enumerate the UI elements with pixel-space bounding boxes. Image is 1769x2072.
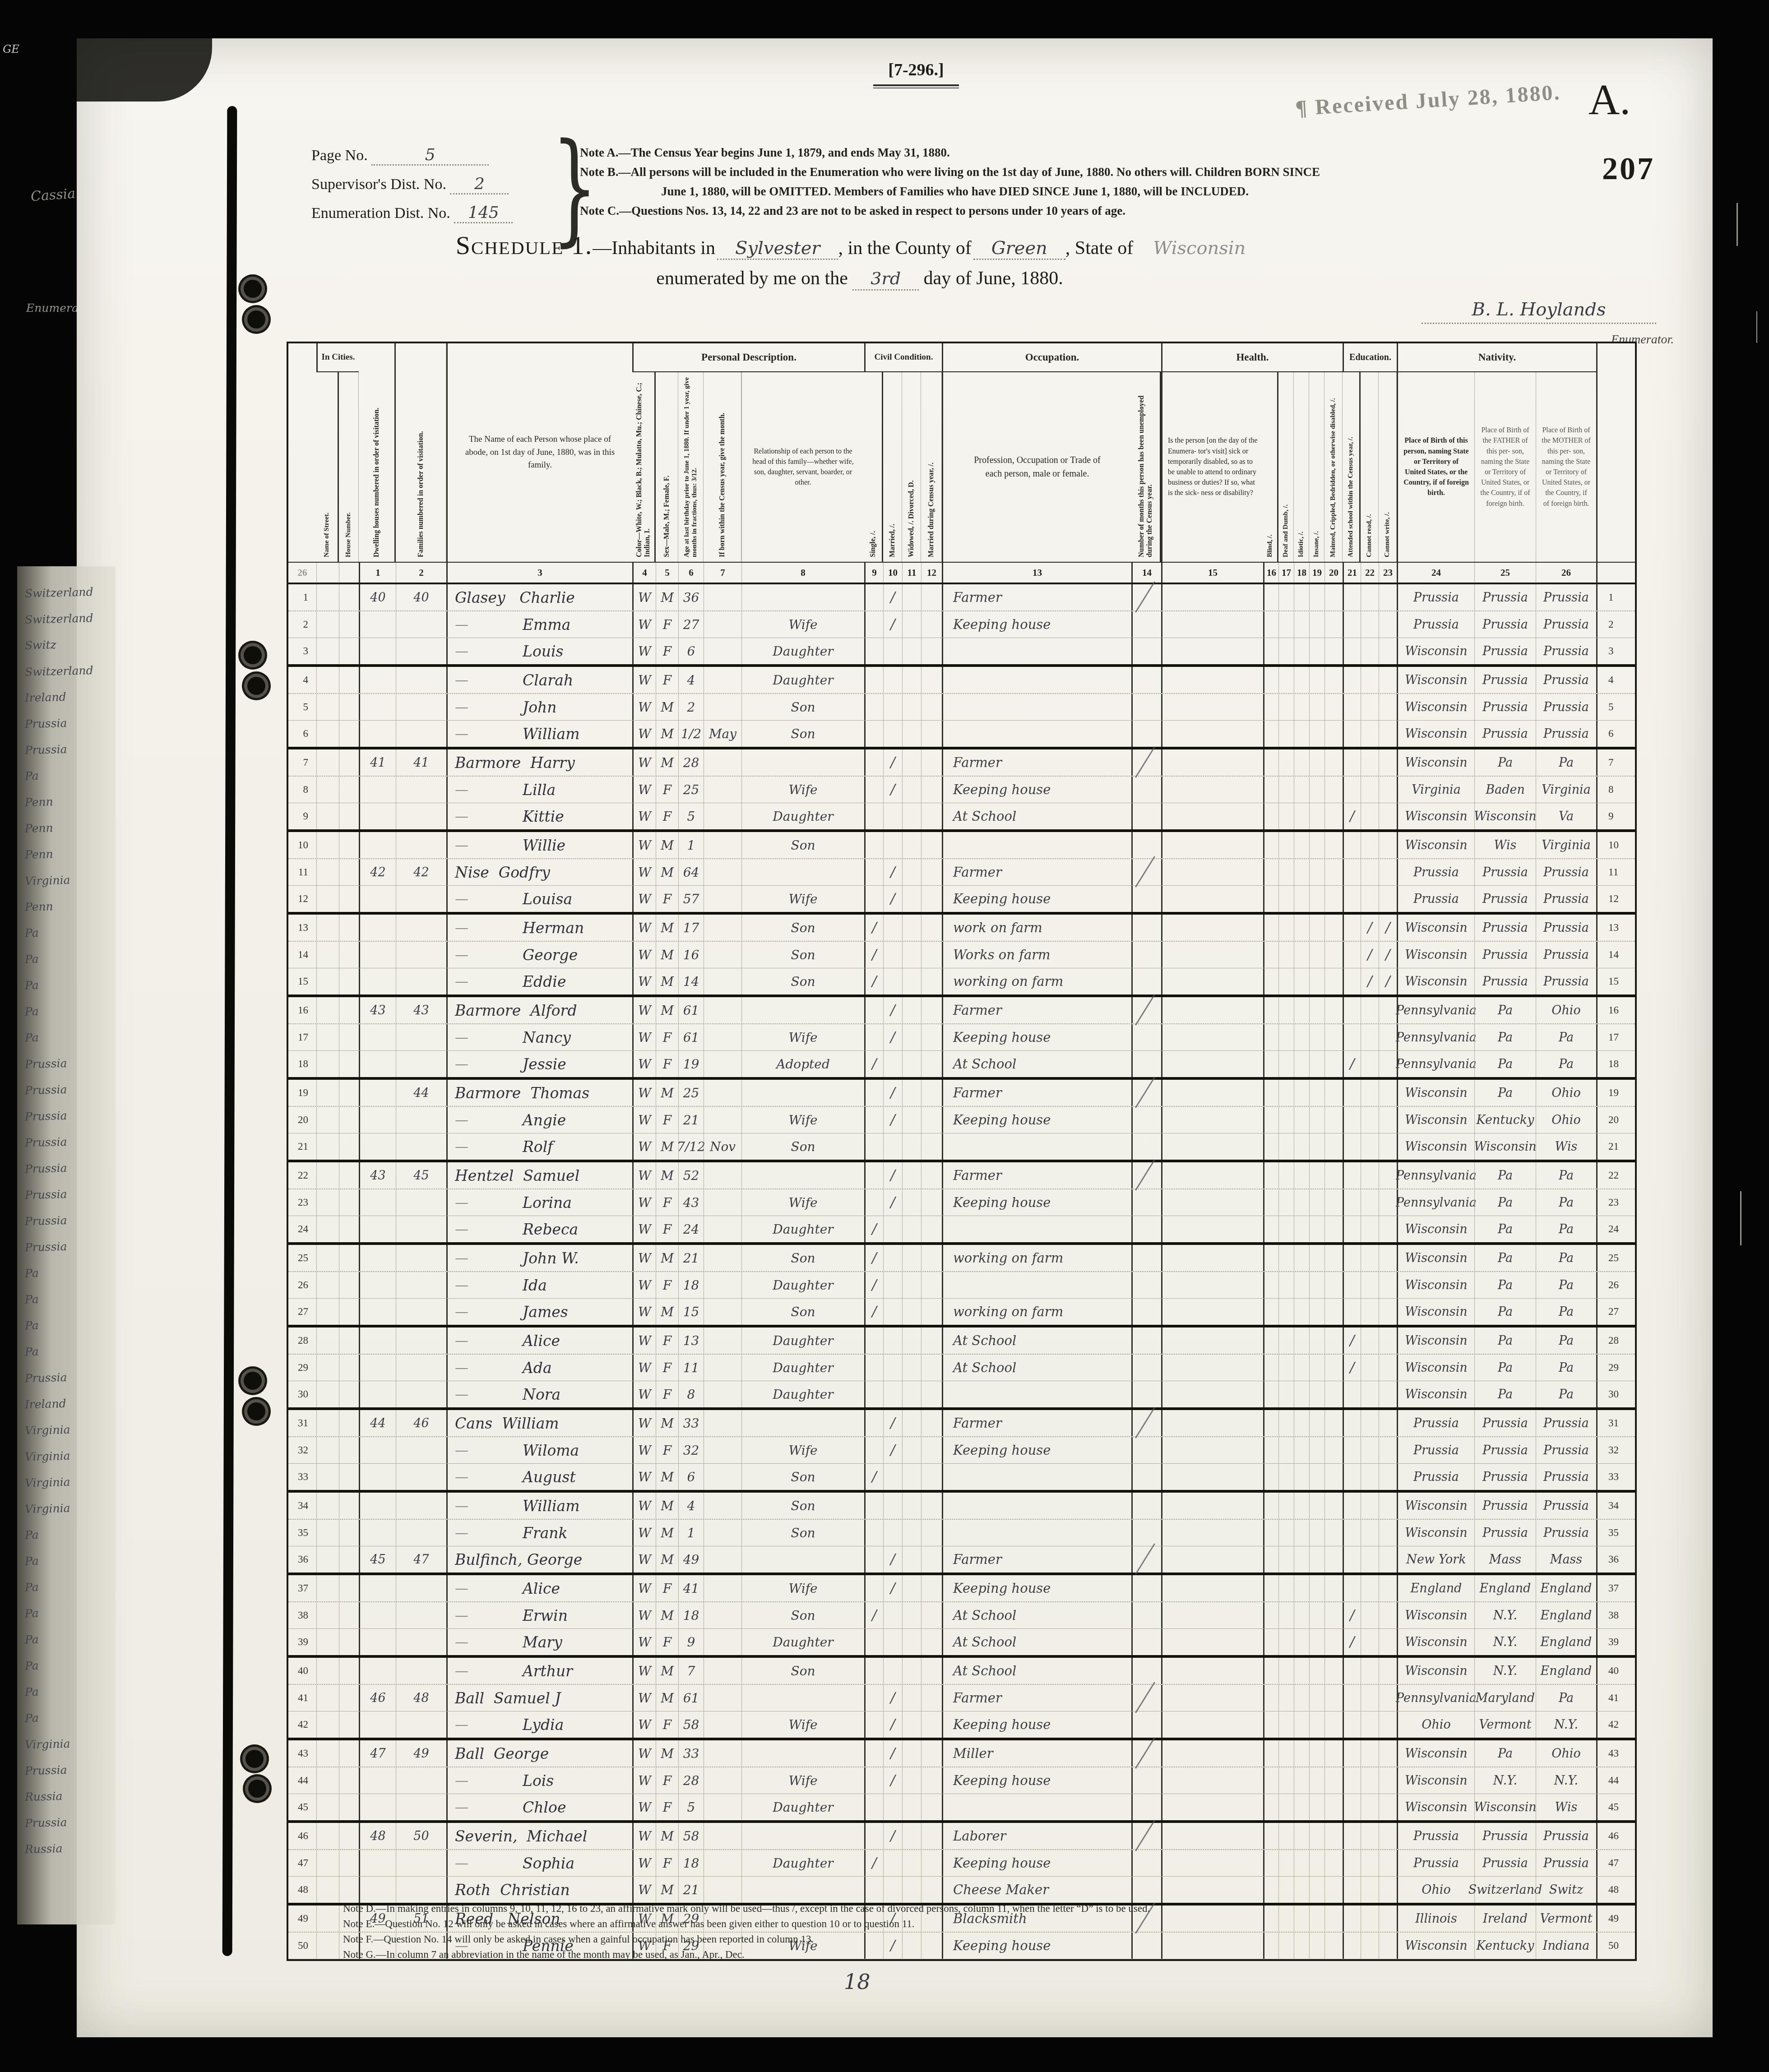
unemployed-slash	[1135, 856, 1155, 887]
cell-sick	[1161, 1162, 1263, 1189]
cell-m12	[921, 1437, 942, 1463]
cell-d: 45	[359, 1546, 396, 1572]
cell-un	[1131, 1629, 1161, 1655]
cell-b18	[1294, 1546, 1309, 1572]
cell-mo	[704, 1685, 741, 1711]
cell-bp: Wisconsin	[1397, 694, 1474, 720]
cell-sick	[1161, 942, 1263, 968]
cell-b16	[1263, 1767, 1278, 1794]
cell-rl: Son	[741, 968, 864, 994]
cell-c: W	[632, 1216, 656, 1242]
cell-b16	[1263, 1823, 1278, 1849]
cell-d	[359, 1080, 396, 1106]
cell-m11	[902, 638, 921, 664]
cell-b19	[1309, 1162, 1324, 1189]
margin-note: Ireland	[25, 1397, 66, 1411]
cell-b16	[1263, 1189, 1278, 1216]
cell-m9	[864, 1493, 883, 1519]
ditto-mark: —	[455, 1221, 523, 1237]
cell-c: W	[632, 1493, 656, 1519]
cell-bm: Pa	[1536, 1216, 1596, 1242]
cell-lnl: 24	[288, 1216, 316, 1242]
cell-r22	[1361, 721, 1379, 747]
cell-b20	[1324, 1245, 1343, 1271]
cell-a: 21	[678, 1245, 704, 1271]
cell-c: W	[632, 1767, 656, 1794]
cell-un	[1131, 886, 1161, 912]
cell-m10	[883, 942, 902, 968]
cell-street	[316, 1933, 339, 1959]
cell-b18	[1294, 1850, 1309, 1876]
cell-sick	[1161, 694, 1263, 720]
cell-d: 41	[359, 749, 396, 776]
cell-b16	[1263, 832, 1278, 858]
cell-b19	[1309, 694, 1324, 720]
cell-m12	[921, 1794, 942, 1820]
cell-r22	[1361, 1850, 1379, 1876]
cell-b17	[1278, 1327, 1294, 1354]
cell-b18	[1294, 859, 1309, 885]
cell-m9	[864, 584, 883, 610]
cell-m11	[902, 859, 921, 885]
cell-s21	[1343, 667, 1361, 693]
cell-b19	[1309, 915, 1324, 941]
cell-b17	[1278, 832, 1294, 858]
cell-nm: —Louisa	[446, 886, 632, 912]
margin-note: Russia	[25, 1842, 63, 1856]
cell-b20	[1324, 1299, 1343, 1325]
col-header-single: Single, /.	[864, 372, 883, 562]
cell-s21	[1343, 859, 1361, 885]
table-row: 25—John W.WM21Son/working on farmWiscons…	[288, 1245, 1635, 1272]
cell-bp: Wisconsin	[1397, 968, 1474, 994]
cell-s: M	[656, 1133, 678, 1160]
cell-s21	[1343, 1658, 1361, 1684]
cell-m9	[864, 638, 883, 664]
col-number	[316, 563, 339, 583]
cell-house	[339, 1546, 359, 1572]
cell-street	[316, 1437, 339, 1463]
unemployed-slash	[1135, 1820, 1155, 1851]
cell-m10	[883, 1493, 902, 1519]
margin-note: Penn	[25, 795, 53, 809]
cell-b16	[1263, 1658, 1278, 1684]
cell-mo	[704, 1850, 741, 1876]
cell-lnr: 48	[1596, 1877, 1635, 1903]
cell-b18	[1294, 915, 1309, 941]
cell-street	[316, 1823, 339, 1849]
margin-note: Pa	[25, 1607, 39, 1620]
cell-f	[396, 915, 446, 941]
table-row: 464850Severin, MichaelWM58/LaborerPrussi…	[288, 1823, 1635, 1850]
cell-m9: /	[864, 1602, 883, 1628]
cell-m9	[864, 721, 883, 747]
cell-lnr: 40	[1596, 1658, 1635, 1684]
col-header-sex: Sex—Male, M.; Female, F.	[656, 372, 678, 562]
group-in-cities: In Cities.	[316, 343, 359, 372]
cell-r22	[1361, 1794, 1379, 1820]
col-header-cannot-write: Cannot write, /.	[1379, 372, 1397, 562]
cell-r22	[1361, 1823, 1379, 1849]
cell-b20	[1324, 1740, 1343, 1767]
cell-b20	[1324, 1189, 1343, 1216]
cell-house	[339, 1410, 359, 1436]
cell-street	[316, 1658, 339, 1684]
col-number: 17	[1278, 563, 1294, 583]
cell-m12	[921, 859, 942, 885]
table-row: 32—WilomaWF32Wife/Keeping housePrussiaPr…	[288, 1437, 1635, 1464]
cell-b18	[1294, 1189, 1309, 1216]
cell-occ: Keeping house	[942, 1024, 1131, 1050]
cell-street	[316, 1245, 339, 1271]
cell-b16	[1263, 721, 1278, 747]
footer-notes: Note D.—In making entries in columns 9, …	[343, 1901, 1634, 1962]
margin-note: Prussia	[25, 1109, 67, 1123]
cell-rl: Wife	[741, 611, 864, 638]
census-sheet: [7-296.] A. ¶ Received July 28, 1880. 20…	[77, 38, 1713, 2037]
table-row: 21—RolfWM7/12NovSonWisconsinWisconsinWis…	[288, 1133, 1635, 1162]
cell-b19	[1309, 1711, 1324, 1738]
cell-lnr: 25	[1596, 1245, 1635, 1271]
cell-b19	[1309, 1245, 1324, 1271]
cell-rl: Son	[741, 1520, 864, 1546]
cell-bf: Prussia	[1474, 1823, 1536, 1849]
cell-un	[1131, 1107, 1161, 1133]
cell-house	[339, 638, 359, 664]
cell-bm: England	[1536, 1658, 1596, 1684]
cell-house	[339, 1272, 359, 1298]
cell-b16	[1263, 638, 1278, 664]
cell-a: 33	[678, 1740, 704, 1767]
cell-street	[316, 1133, 339, 1160]
cell-b17	[1278, 694, 1294, 720]
cell-mo	[704, 1272, 741, 1298]
cell-a: 17	[678, 915, 704, 941]
given-name: Mary	[523, 1633, 562, 1651]
cell-r22	[1361, 1767, 1379, 1794]
enumerated-line: enumerated by me on the 3rd day of June,…	[108, 268, 1611, 291]
cell-bf: Prussia	[1474, 667, 1536, 693]
cell-r22: /	[1361, 968, 1379, 994]
cell-street	[316, 721, 339, 747]
right-line-number-col-header	[1596, 343, 1635, 562]
cell-f: 48	[396, 1685, 446, 1711]
cell-f	[396, 832, 446, 858]
cell-b19	[1309, 1381, 1324, 1407]
cell-bp: Prussia	[1397, 1464, 1474, 1490]
cell-d	[359, 777, 396, 803]
cell-m10: /	[883, 1080, 902, 1106]
cell-lnl: 27	[288, 1299, 316, 1325]
cell-bf: England	[1474, 1575, 1536, 1601]
cell-bp: Prussia	[1397, 1850, 1474, 1876]
cell-a: 27	[678, 611, 704, 638]
cell-b16	[1263, 1162, 1278, 1189]
cell-s21	[1343, 1546, 1361, 1572]
cell-f: 40	[396, 584, 446, 610]
cell-b16	[1263, 1410, 1278, 1436]
col-number: 5	[656, 563, 678, 583]
cell-b18	[1294, 1080, 1309, 1106]
table-row: 17—NancyWF61Wife/Keeping housePennsylvan…	[288, 1024, 1635, 1051]
cell-w23	[1379, 1381, 1397, 1407]
cell-c: W	[632, 1162, 656, 1189]
cell-m11	[902, 1740, 921, 1767]
cell-sick	[1161, 1216, 1263, 1242]
col-header-deaf-dumb: Deaf and Dumb, /.	[1278, 372, 1294, 562]
cell-m9	[864, 1437, 883, 1463]
cell-b20	[1324, 1437, 1343, 1463]
cell-bp: Wisconsin	[1397, 638, 1474, 664]
cell-w23	[1379, 859, 1397, 885]
margin-note: Pa	[25, 1659, 39, 1673]
cell-mo	[704, 1602, 741, 1628]
cell-bp: Wisconsin	[1397, 1629, 1474, 1655]
cell-rl: Daughter	[741, 1381, 864, 1407]
cell-c: W	[632, 1245, 656, 1271]
cell-bp: Wisconsin	[1397, 803, 1474, 829]
cell-f	[396, 1133, 446, 1160]
cell-street	[316, 1299, 339, 1325]
cell-bf: Prussia	[1474, 942, 1536, 968]
cell-f: 50	[396, 1823, 446, 1849]
cell-m11	[902, 832, 921, 858]
cell-mo	[704, 1327, 741, 1354]
cell-m12	[921, 1877, 942, 1903]
given-name: Willie	[523, 837, 565, 854]
cell-s21	[1343, 1080, 1361, 1106]
cell-r22	[1361, 1877, 1379, 1903]
table-row: 26—IdaWF18Daughter/WisconsinPaPa26	[288, 1272, 1635, 1299]
cell-street	[316, 667, 339, 693]
cell-f: 44	[396, 1080, 446, 1106]
cell-street	[316, 1216, 339, 1242]
cell-c: W	[632, 1381, 656, 1407]
cell-lnr: 26	[1596, 1272, 1635, 1298]
table-row: 45—ChloeWF5DaughterWisconsinWisconsinWis…	[288, 1794, 1635, 1823]
table-row: 9—KittieWF5DaughterAt School/WisconsinWi…	[288, 803, 1635, 832]
cell-d	[359, 803, 396, 829]
cell-b17	[1278, 1767, 1294, 1794]
ditto-mark: —	[455, 1799, 523, 1815]
cell-rl: Son	[741, 1493, 864, 1519]
ditto-mark: —	[455, 1112, 523, 1128]
cell-s21	[1343, 915, 1361, 941]
cell-bm: Prussia	[1536, 611, 1596, 638]
cell-s: F	[656, 777, 678, 803]
cell-b19	[1309, 859, 1324, 885]
cell-b16	[1263, 1877, 1278, 1903]
margin-note: Pa	[25, 1528, 39, 1542]
cell-sick	[1161, 1133, 1263, 1160]
cell-b17	[1278, 1520, 1294, 1546]
cell-b18	[1294, 1272, 1309, 1298]
cell-c: W	[632, 1575, 656, 1601]
table-row: 1944Barmore ThomasWM25/FarmerWisconsinPa…	[288, 1080, 1635, 1107]
cell-mo	[704, 1464, 741, 1490]
cell-sick	[1161, 1629, 1263, 1655]
cell-sick	[1161, 1850, 1263, 1876]
cell-bm: Pa	[1536, 1245, 1596, 1271]
cell-b16	[1263, 1546, 1278, 1572]
cell-lnl: 34	[288, 1493, 316, 1519]
cell-m9	[864, 1685, 883, 1711]
cell-b17	[1278, 1823, 1294, 1849]
cell-bf: Pa	[1474, 1080, 1536, 1106]
cell-f: 47	[396, 1546, 446, 1572]
cell-d	[359, 1629, 396, 1655]
table-row: 164343Barmore AlfordWM61/FarmerPennsylva…	[288, 997, 1635, 1024]
cell-bf: Prussia	[1474, 638, 1536, 664]
cell-bf: Pa	[1474, 1245, 1536, 1271]
margin-note: Virginia	[25, 1502, 70, 1516]
cell-bp: Virginia	[1397, 777, 1474, 803]
cell-b19	[1309, 1685, 1324, 1711]
cell-bp: Ohio	[1397, 1877, 1474, 1903]
cell-lnr: 44	[1596, 1767, 1635, 1794]
table-row: 224345Hentzel SamuelWM52/FarmerPennsylva…	[288, 1162, 1635, 1189]
cell-c: W	[632, 859, 656, 885]
cell-f	[396, 777, 446, 803]
cell-rl	[741, 1877, 864, 1903]
col-header-widowed: Widowed, /. Divorced, D.	[902, 372, 921, 562]
cell-c: W	[632, 832, 656, 858]
cell-s: M	[656, 1493, 678, 1519]
cell-house	[339, 968, 359, 994]
cell-rl	[741, 859, 864, 885]
group-occupation: Occupation.	[942, 343, 1161, 372]
cell-lnr: 31	[1596, 1410, 1635, 1436]
cell-w23	[1379, 1823, 1397, 1849]
cell-b19	[1309, 968, 1324, 994]
col-header-street: Name of Street.	[316, 372, 339, 562]
cell-mo	[704, 1575, 741, 1601]
cell-m11	[902, 1245, 921, 1271]
cell-d: 48	[359, 1823, 396, 1849]
given-name: Frank	[523, 1524, 568, 1542]
cell-sick	[1161, 1189, 1263, 1216]
cell-bp: Pennsylvania	[1397, 997, 1474, 1023]
cell-b16	[1263, 1216, 1278, 1242]
cell-occ: Farmer	[942, 859, 1131, 885]
cell-a: 49	[678, 1546, 704, 1572]
cell-lnr: 27	[1596, 1299, 1635, 1325]
cell-m11	[902, 1355, 921, 1381]
col-header-name: The Name of each Person whose place of a…	[446, 343, 632, 562]
ditto-mark: —	[455, 1469, 523, 1485]
cell-m9	[864, 1107, 883, 1133]
cell-b16	[1263, 1850, 1278, 1876]
cell-bm: Pa	[1536, 1051, 1596, 1077]
cell-r22	[1361, 1162, 1379, 1189]
cell-occ: Farmer	[942, 1685, 1131, 1711]
cell-bf: N.Y.	[1474, 1629, 1536, 1655]
cell-nm: —William	[446, 1493, 632, 1519]
margin-ghost-writing: Cassia	[30, 186, 76, 205]
cell-d	[359, 915, 396, 941]
cell-s: F	[656, 1629, 678, 1655]
cell-b19	[1309, 1216, 1324, 1242]
cell-bm: Wis	[1536, 1133, 1596, 1160]
cell-nm: —Ada	[446, 1355, 632, 1381]
cell-house	[339, 1327, 359, 1354]
cell-r22	[1361, 1272, 1379, 1298]
cell-lnr: 43	[1596, 1740, 1635, 1767]
cell-un	[1131, 997, 1161, 1023]
cell-d	[359, 1189, 396, 1216]
col-header-occupation: Profession, Occupation or Trade of each …	[942, 372, 1131, 562]
cell-m11	[902, 942, 921, 968]
cell-house	[339, 1740, 359, 1767]
cell-c: W	[632, 1051, 656, 1077]
cell-m11	[902, 1794, 921, 1820]
ditto-mark: —	[455, 1056, 523, 1072]
margin-note: Prussia	[25, 717, 67, 731]
cell-bf: Pa	[1474, 749, 1536, 776]
cell-m11	[902, 1162, 921, 1189]
cell-b17	[1278, 942, 1294, 968]
cell-d	[359, 1245, 396, 1271]
cell-d	[359, 1493, 396, 1519]
cell-a: 1	[678, 1520, 704, 1546]
cell-b16	[1263, 1272, 1278, 1298]
cell-lnr: 19	[1596, 1080, 1635, 1106]
margin-note: Prussia	[25, 1083, 67, 1097]
cell-b20	[1324, 1493, 1343, 1519]
cell-f: 45	[396, 1162, 446, 1189]
cell-b19	[1309, 942, 1324, 968]
cell-c: W	[632, 638, 656, 664]
cell-r22	[1361, 859, 1379, 885]
cell-s: F	[656, 1216, 678, 1242]
cell-nm: Severin, Michael	[446, 1823, 632, 1849]
cell-street	[316, 1355, 339, 1381]
cell-m11	[902, 1575, 921, 1601]
cell-street	[316, 638, 339, 664]
cell-m12	[921, 721, 942, 747]
cell-nm: —Nora	[446, 1381, 632, 1407]
cell-occ: Farmer	[942, 1162, 1131, 1189]
given-name: Herman	[523, 919, 584, 937]
cell-b17	[1278, 1107, 1294, 1133]
cell-m12	[921, 1189, 942, 1216]
cell-b20	[1324, 1850, 1343, 1876]
cell-bf: Prussia	[1474, 1464, 1536, 1490]
cell-f	[396, 1794, 446, 1820]
cell-bm: Pa	[1536, 1299, 1596, 1325]
cell-bm: Prussia	[1536, 1823, 1596, 1849]
cell-b16	[1263, 1520, 1278, 1546]
cell-m10: /	[883, 777, 902, 803]
given-name: John W.	[523, 1249, 579, 1267]
form-number: [7-296.]	[844, 60, 988, 88]
cell-r22	[1361, 1629, 1379, 1655]
cell-s21	[1343, 886, 1361, 912]
cell-b17	[1278, 584, 1294, 610]
cell-street	[316, 942, 339, 968]
binder-hole	[244, 280, 262, 298]
cell-m12	[921, 1602, 942, 1628]
col-header-idiotic: Idiotic, /.	[1294, 372, 1309, 562]
cell-b20	[1324, 667, 1343, 693]
cell-street	[316, 859, 339, 885]
cell-mo	[704, 611, 741, 638]
cell-b17	[1278, 1381, 1294, 1407]
cell-sick	[1161, 749, 1263, 776]
cell-mo	[704, 1520, 741, 1546]
cell-m10	[883, 968, 902, 994]
cell-mo	[704, 1051, 741, 1077]
